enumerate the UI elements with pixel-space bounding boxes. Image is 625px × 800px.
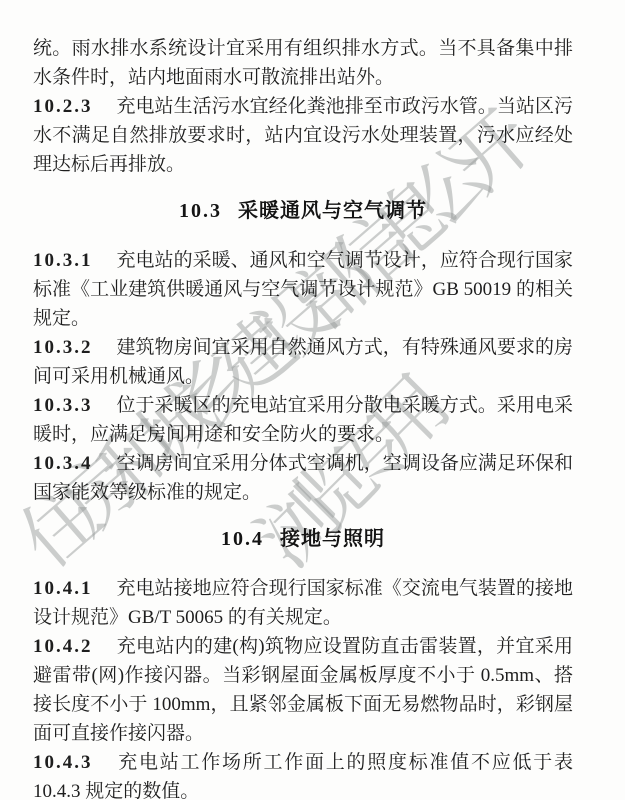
clause-10-3-3-number: 10.3.3 [33, 395, 117, 416]
paragraph-continuation: 统。雨水排水系统设计宜采用有组织排水方式。当不具备集中排水条件时，站内地面雨水可… [33, 34, 573, 92]
clause-10-4-2-number: 10.4.2 [33, 636, 117, 657]
section-heading-10-4: 10.4接地与照明 [33, 522, 573, 551]
clause-10-3-4: 10.3.4空调房间宜采用分体式空调机，空调设备应满足环保和国家能效等级标准的规… [33, 449, 573, 507]
clause-10-3-3: 10.3.3位于采暖区的充电站宜采用分散电采暖方式。采用电采暖时，应满足房间用途… [33, 391, 573, 449]
document-page: 住房和城乡建设部信息公开 浏览专用 统。雨水排水系统设计宜采用有组织排水方式。当… [0, 0, 625, 800]
section-heading-10-3: 10.3采暖通风与空气调节 [33, 194, 573, 223]
clause-10-3-1: 10.3.1充电站的采暖、通风和空气调节设计，应符合现行国家标准《工业建筑供暖通… [33, 246, 573, 333]
clause-10-3-4-number: 10.3.4 [33, 453, 117, 474]
clause-10-4-3-number: 10.4.3 [33, 752, 117, 773]
clause-10-2-3-number: 10.2.3 [33, 96, 117, 117]
clause-10-3-2: 10.3.2建筑物房间宜采用自然通风方式，有特殊通风要求的房间可采用机械通风。 [33, 333, 573, 391]
section-10-3-title: 采暖通风与空气调节 [238, 200, 427, 222]
clause-10-4-3: 10.4.3充电站工作场所工作面上的照度标准值不应低于表 10.4.3 规定的数… [33, 748, 573, 800]
section-10-3-number: 10.3 [179, 200, 222, 222]
clause-10-4-1: 10.4.1充电站接地应符合现行国家标准《交流电气装置的接地设计规范》GB/T … [33, 574, 573, 632]
clause-10-3-1-number: 10.3.1 [33, 250, 117, 271]
section-10-4-title: 接地与照明 [280, 528, 385, 550]
clause-10-4-2: 10.4.2充电站内的建(构)筑物应设置防直击雷装置，并宜采用避雷带(网)作接闪… [33, 632, 573, 748]
page-content: 统。雨水排水系统设计宜采用有组织排水方式。当不具备集中排水条件时，站内地面雨水可… [33, 34, 573, 800]
clause-10-4-1-number: 10.4.1 [33, 578, 117, 599]
section-10-4-number: 10.4 [221, 528, 264, 550]
paragraph-continuation-text: 统。雨水排水系统设计宜采用有组织排水方式。当不具备集中排水条件时，站内地面雨水可… [33, 38, 573, 88]
clause-10-2-3: 10.2.3充电站生活污水宜经化粪池排至市政污水管。当站区污水不满足自然排放要求… [33, 92, 573, 179]
clause-10-3-2-number: 10.3.2 [33, 337, 117, 358]
